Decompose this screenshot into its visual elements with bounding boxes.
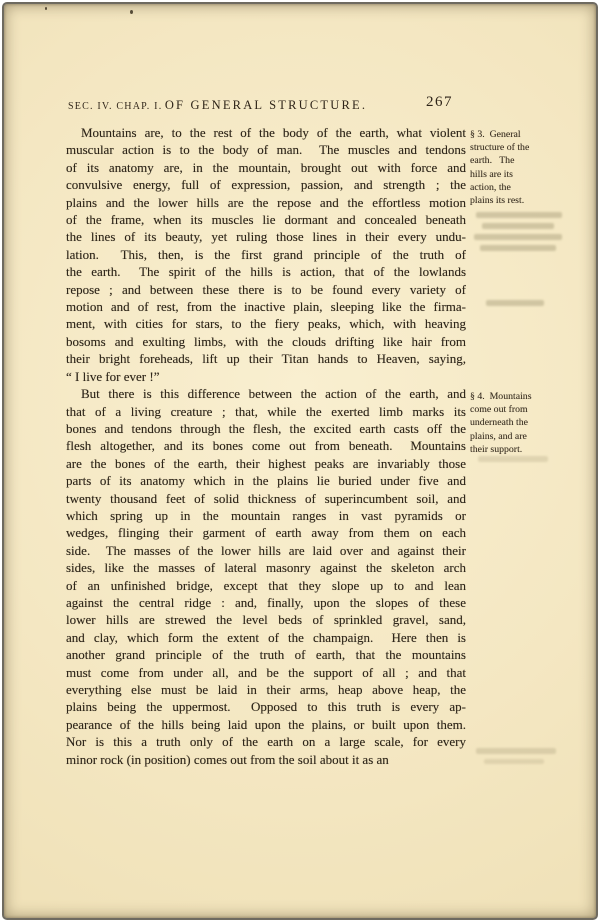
margin-note-line: plains its rest. [470, 194, 586, 207]
margin-note-line: hills are its [470, 168, 586, 181]
body-line: must come from under all, and be the sup… [66, 664, 466, 681]
body-line: are the bones of the earth, their highes… [66, 455, 466, 472]
body-line: sides, like the masses of lateral masonr… [66, 559, 466, 576]
margin-note-line: underneath the [470, 416, 586, 429]
body-line: But there is this difference between the… [66, 385, 466, 402]
body-line: of the frame, when its muscles lie dorma… [66, 211, 466, 228]
body-line: and clay, which form the extent of the c… [66, 629, 466, 646]
body-line: muscular action is to the body of man. T… [66, 141, 466, 158]
body-text: Mountains are, to the rest of the body o… [66, 124, 466, 768]
page-number: 267 [426, 94, 466, 111]
body-line: flesh altogether, and its bones come out… [66, 437, 466, 454]
ink-bleed-through [474, 234, 562, 240]
margin-note-line: § 4. Mountains [470, 390, 586, 403]
margin-note-line: structure of the [470, 141, 586, 154]
body-line: lation. This, then, is the first grand p… [66, 246, 466, 263]
scan-speck [45, 7, 47, 10]
body-line: pearance of the hills being laid upon th… [66, 716, 466, 733]
margin-note-section-4: § 4. Mountainscome out fromunderneath th… [470, 390, 586, 456]
margin-note-line: come out from [470, 403, 586, 416]
margin-note-line: plains, and are [470, 430, 586, 443]
body-line: “ I live for ever !” [66, 368, 466, 385]
body-line: twenty thousand feet of solid thickness … [66, 490, 466, 507]
running-head-title: OF GENERAL STRUCTURE. [66, 98, 466, 113]
body-line: plains being the uppermost. Opposed to t… [66, 698, 466, 715]
body-line: of an unfinished bridge, except that the… [66, 577, 466, 594]
scan-speck [130, 10, 133, 14]
body-line: bones and tendons through the flesh, the… [66, 420, 466, 437]
body-line: repose ; and between these there is to b… [66, 281, 466, 298]
margin-note-line: § 3. General [470, 128, 586, 141]
body-line: minor rock (in position) comes out from … [66, 751, 466, 768]
body-line: of its anatomy are, in the mountain, bro… [66, 159, 466, 176]
body-line: everything else must be laid in their ar… [66, 681, 466, 698]
body-line: lower hills are strewed the level beds o… [66, 611, 466, 628]
body-line: wedges, flinging their garment of earth … [66, 524, 466, 541]
body-line: which spring up in the mountain ranges i… [66, 507, 466, 524]
body-line: that of a living creature ; that, while … [66, 403, 466, 420]
ink-bleed-through [478, 456, 548, 462]
ink-bleed-through [480, 245, 556, 251]
body-line: Nor is this a truth only of the earth on… [66, 733, 466, 750]
body-line: the lines of its beauty, yet ruling thos… [66, 228, 466, 245]
ink-bleed-through [484, 759, 544, 764]
ink-bleed-through [486, 300, 544, 306]
scanned-page: SEC. IV. CHAP. I. OF GENERAL STRUCTURE. … [2, 2, 598, 920]
body-line: the earth. The spirit of the hills is ac… [66, 263, 466, 280]
body-line: against the central ridge : and, finally… [66, 594, 466, 611]
body-line: bosoms and exulting limbs, with the clou… [66, 333, 466, 350]
body-line: convulsive energy, full of expression, p… [66, 176, 466, 193]
margin-note-line: action, the [470, 181, 586, 194]
ink-bleed-through [476, 212, 562, 218]
body-line: their bright foreheads, lift up their Ti… [66, 350, 466, 367]
body-line: side. The masses of the lower hills are … [66, 542, 466, 559]
margin-note-section-3: § 3. Generalstructure of theearth. Thehi… [470, 128, 586, 207]
body-line: another grand principle of the truth of … [66, 646, 466, 663]
margin-note-line: their support. [470, 443, 586, 456]
body-line: Mountains are, to the rest of the body o… [66, 124, 466, 141]
body-line: ment, with cities for stars, to the fier… [66, 315, 466, 332]
body-line: motion and of rest, from the inactive pl… [66, 298, 466, 315]
ink-bleed-through [482, 223, 554, 229]
body-line: parts of its anatomy which in the plains… [66, 472, 466, 489]
body-line: plains and the lower hills are the repos… [66, 194, 466, 211]
page-header [4, 4, 598, 34]
ink-bleed-through [476, 748, 556, 754]
margin-note-line: earth. The [470, 154, 586, 167]
